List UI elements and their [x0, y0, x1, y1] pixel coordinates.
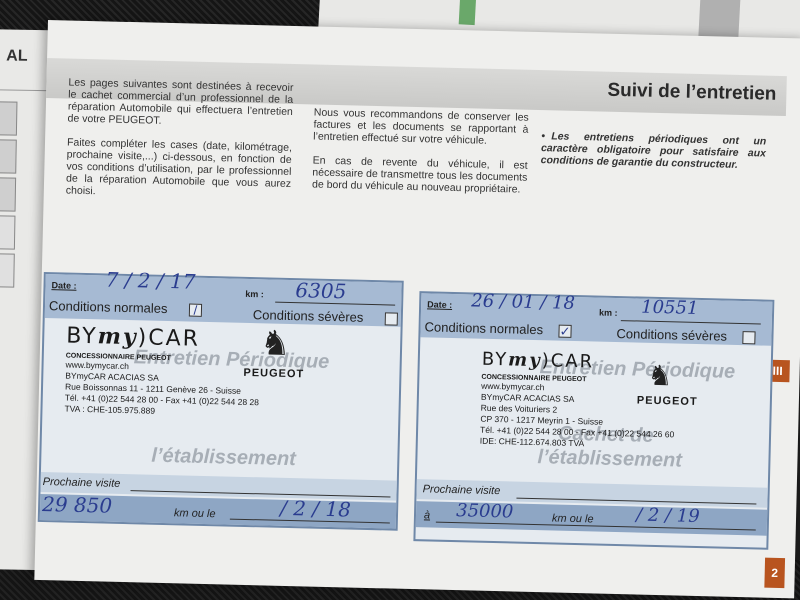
next-visit-label: Prochaine visite	[43, 476, 121, 490]
conditions-normal-label: Conditions normales	[49, 298, 168, 316]
logo-part: BY	[482, 349, 509, 371]
peugeot-brand: PEUGEOT	[243, 367, 304, 380]
conditions-severe-checkbox[interactable]	[385, 312, 398, 325]
dealer-logo: BYmy)CAR	[66, 323, 261, 354]
intro-paragraph: Faites compléter les cases (date, kilomé…	[66, 137, 292, 202]
logo-part: my	[97, 323, 138, 350]
km-value[interactable]: 6305	[295, 278, 346, 303]
km-or-on-label: km ou le	[174, 507, 216, 520]
left-page-box	[0, 101, 17, 135]
left-page-box	[0, 253, 15, 287]
km-value[interactable]: 10551	[641, 297, 699, 319]
date-value[interactable]: 7 / 2 / 17	[105, 267, 195, 293]
next-visit-km-value[interactable]: 35000	[456, 500, 514, 522]
recommendation-text: Nous vous recommandons de conserver les …	[312, 107, 529, 196]
conditions-severe-checkbox[interactable]	[742, 331, 755, 344]
conditions-normal-label: Conditions normales	[424, 319, 543, 337]
km-or-on-label: km ou le	[552, 512, 594, 525]
logo-part: BY	[66, 324, 98, 350]
intro-text: Les pages suivantes sont destinées à rec…	[66, 77, 294, 202]
peugeot-lion-icon: ♞	[260, 323, 291, 364]
peugeot-lion-icon: ♞	[647, 359, 673, 393]
warranty-note-text: Les entretiens périodiques ont un caract…	[541, 130, 767, 171]
watermark-text: l’établissement	[151, 445, 296, 472]
booklet-page: Suivi de l’entretien Les pages suivantes…	[34, 20, 800, 598]
dealer-stamp: BYmy)CAR CONCESSIONNAIRE PEUGEOT www.bym…	[64, 323, 260, 420]
date-label: Date :	[51, 280, 76, 291]
page-title: Suivi de l’entretien	[607, 80, 776, 106]
next-visit-date-value[interactable]: / 2 / 19	[636, 505, 700, 528]
maintenance-record-card: Date : 26 / 01 / 18 km : 10551 Condition…	[413, 291, 774, 550]
next-visit-label: Prochaine visite	[422, 483, 500, 497]
bullet-icon: •	[541, 130, 551, 142]
logo-part: CAR	[148, 326, 200, 352]
left-page-box	[0, 177, 16, 211]
peugeot-brand: PEUGEOT	[637, 395, 698, 408]
date-label: Date :	[427, 299, 452, 310]
left-page-box	[0, 215, 15, 249]
intro-paragraph: Les pages suivantes sont destinées à rec…	[67, 77, 293, 130]
conditions-severe-label: Conditions sévères	[253, 307, 364, 325]
next-visit-km-value[interactable]: 29 850	[42, 492, 113, 518]
maintenance-record-card: Date : 7 / 2 / 17 km : 6305 Conditions n…	[38, 272, 404, 531]
conditions-severe-label: Conditions sévères	[616, 326, 727, 344]
conditions-normal-checkbox[interactable]: ✓	[558, 325, 571, 338]
km-label: km :	[245, 289, 264, 299]
next-visit-date-value[interactable]: / 2 / 18	[280, 496, 351, 522]
paper-green-mark	[459, 0, 477, 25]
km-label: km :	[599, 308, 618, 318]
conditions-normal-checkbox[interactable]: /	[189, 304, 202, 317]
logo-part: my	[508, 349, 542, 371]
recommendation-paragraph: Nous vous recommandons de conserver les …	[313, 107, 529, 148]
recommendation-paragraph: En cas de revente du véhicule, il est né…	[312, 155, 528, 196]
logo-part: CAR	[550, 350, 594, 372]
left-page-box	[0, 139, 17, 173]
page-number: 2	[764, 558, 785, 588]
date-value[interactable]: 26 / 01 / 18	[471, 290, 575, 314]
at-label: à	[424, 509, 430, 521]
left-page-heading: AL	[6, 47, 28, 65]
warranty-note: •Les entretiens périodiques ont un carac…	[541, 130, 767, 171]
